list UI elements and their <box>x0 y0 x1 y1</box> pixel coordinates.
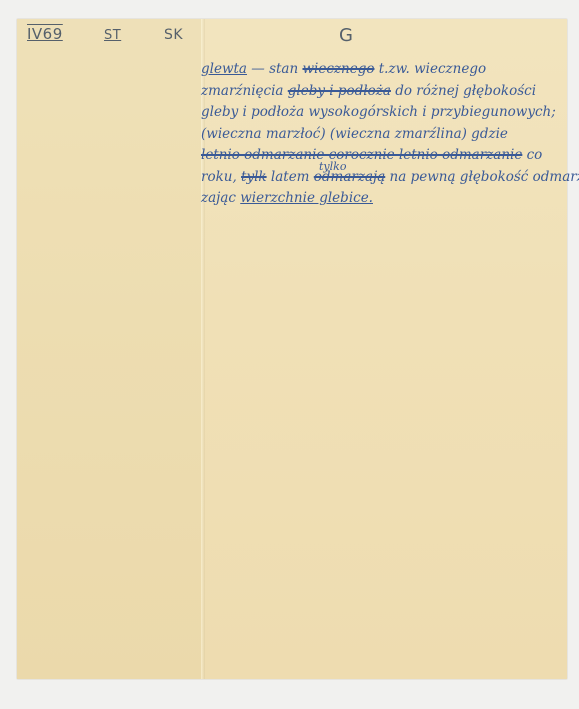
interlinear-insertion: tylko <box>319 156 346 178</box>
manuscript-sheet: IV69 ST SK G glewta — stan wiecznego t.z… <box>17 19 567 679</box>
entry-line-5: tylko roku, tylk latem odmarzają na pewn… <box>201 167 561 189</box>
reference-mark: IV69 <box>27 25 63 43</box>
scan-background: IV69 ST SK G glewta — stan wiecznego t.z… <box>0 0 579 709</box>
underlined-term: wierzchnie glebice. <box>240 190 373 206</box>
struck-text: letnio odmarzanie corocznie letnio odmar… <box>201 147 522 163</box>
headword: glewta <box>201 61 247 77</box>
struck-text: gleby i podłoża <box>288 83 391 99</box>
marker-sk: SK <box>164 27 183 43</box>
struck-text: wiecznego <box>302 61 374 77</box>
entry-line-2: zmarźnięcia gleby i podłoża do różnej gł… <box>201 81 561 103</box>
handwritten-entry: glewta — stan wiecznego t.zw. wiecznego … <box>201 59 561 210</box>
struck-text: tylk <box>241 169 267 185</box>
fold-shaded-panel <box>17 19 201 679</box>
entry-line-1: glewta — stan wiecznego t.zw. wiecznego <box>201 59 561 81</box>
marker-st: ST <box>104 28 121 43</box>
entry-line-4: letnio odmarzanie corocznie letnio odmar… <box>201 145 561 167</box>
entry-line-3: gleby i podłoża wysokogórskich i przybie… <box>201 102 561 145</box>
section-letter: G <box>339 25 353 46</box>
entry-line-6: zając wierzchnie glebice. <box>201 188 561 210</box>
